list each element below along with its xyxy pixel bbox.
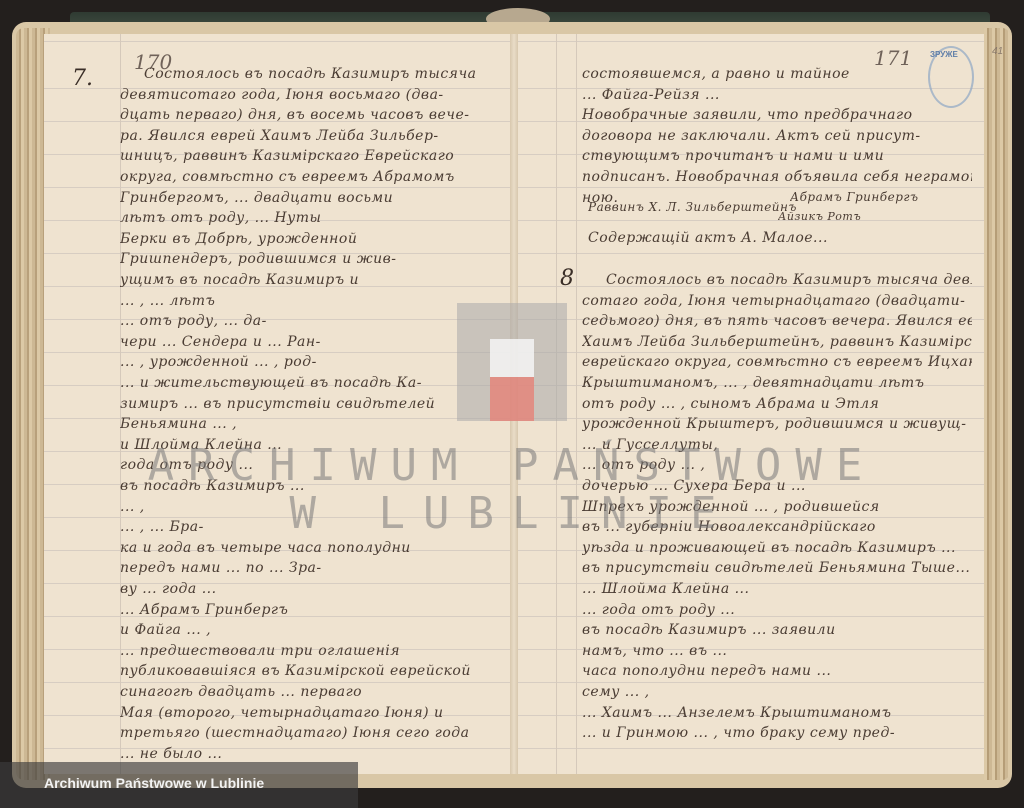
handwritten-line: Мая (второго, четырнадцатаго Іюня) и: [120, 705, 500, 721]
handwritten-line: ущимъ въ посадѣ Казимиръ и: [120, 272, 500, 288]
handwritten-line: седьмого) дня, въ пять часовъ вечера. Яв…: [582, 313, 972, 329]
handwritten-line: ка и года въ четыре часа пополудни: [120, 540, 500, 556]
handwritten-line: Гришпендеръ, родившимся и жив-: [120, 251, 500, 267]
handwritten-line: въ посадѣ Казимиръ ... заявили: [582, 622, 972, 638]
handwritten-line: состоявшемся, а равно и тайное: [582, 66, 972, 82]
handwritten-line: Гринбергомъ, ... двадцати восьми: [120, 190, 500, 206]
handwritten-line: Состоялось въ посадѣ Казимиръ тысяча: [144, 66, 500, 82]
handwritten-line: ... Шлойма Клейна ...: [582, 581, 972, 597]
handwritten-line: сему ... ,: [582, 684, 972, 700]
signature-rabbi: Раввинъ Х. Л. Зильберштейнъ: [588, 200, 797, 214]
entry-number-8: 8: [560, 266, 574, 291]
handwritten-line: публиковавшіяся въ Казимірской еврейской: [120, 663, 500, 679]
handwritten-line: синагогѣ двадцать ... перваго: [120, 684, 500, 700]
handwritten-line: въ присутствіи свидѣтелей Беньямина Тыше…: [582, 560, 972, 576]
handwritten-line: Беньямина ... ,: [120, 416, 500, 432]
handwritten-line: Состоялось въ посадѣ Казимиръ тысяча дев…: [606, 272, 972, 288]
handwritten-line: шницъ, раввинъ Казимірскаго Еврейскаго: [120, 148, 500, 164]
handwritten-line: девятисотаго года, Іюня восьмаго (два-: [120, 87, 500, 103]
handwritten-line: ствующимъ прочитанъ и нами и ими: [582, 148, 972, 164]
handwritten-line: ... и жительствующей въ посадѣ Ка-: [120, 375, 500, 391]
handwritten-line: ... Файга-Рейзя ...: [582, 87, 972, 103]
handwritten-line: Крыштиманомъ, ... , девятнадцати лѣтъ: [582, 375, 972, 391]
handwritten-line: ву ... года ...: [120, 581, 500, 597]
handwritten-line: третьяго (шестнадцатаго) Іюня сего года: [120, 725, 500, 741]
signature-groom: Абрамъ Гринбергъ: [790, 190, 918, 204]
handwritten-line: ... отъ роду, ... да-: [120, 313, 500, 329]
handwritten-line: отъ роду ... , сыномъ Абрама и Этля: [582, 396, 972, 412]
handwritten-line: ра. Явился еврей Хаимъ Лейба Зильбер-: [120, 128, 500, 144]
handwritten-line: ... года отъ роду ...: [582, 602, 972, 618]
handwritten-line: подписанъ. Новобрачная объявила себя нег…: [582, 169, 972, 185]
handwritten-line: чери ... Сендера и ... Ран-: [120, 334, 500, 350]
watermark-text-line1: ARCHIWUM PAŃSTWOWE: [0, 440, 1024, 491]
folio-number: 41: [992, 46, 1003, 57]
handwritten-line: ... и Гринмою ... , что браку сему пред-: [582, 725, 972, 741]
archive-caption: Archiwum Państwowe w Lublinie: [44, 775, 264, 791]
handwritten-line: Берки въ Добрѣ, урожденной: [120, 231, 500, 247]
handwritten-line: часа пополудни передъ нами ...: [582, 663, 972, 679]
handwritten-line: ... , ... лѣтъ: [120, 293, 500, 309]
handwritten-line: урожденной Крыштеръ, родившимся и живущ-: [582, 416, 972, 432]
watermark-logo-red: [490, 377, 534, 421]
page-edges-right: [984, 28, 1010, 780]
margin-rule: [576, 34, 577, 774]
handwritten-line: ... Абрамъ Гринбергъ: [120, 602, 500, 618]
handwritten-line: лѣтъ отъ роду, ... Нуты: [120, 210, 500, 226]
signature-witness: Айзикъ Ротъ: [778, 210, 861, 223]
handwritten-line: ... не было ...: [120, 746, 500, 762]
handwritten-line: намъ, что ... въ ...: [582, 643, 972, 659]
handwritten-line: Новобрачные заявили, что предбрачнаго: [582, 107, 972, 123]
handwritten-line: округа, совмѣстно съ евреемъ Абрамомъ: [120, 169, 500, 185]
handwritten-line: ... Хаимъ ... Анзелемъ Крыштиманомъ: [582, 705, 972, 721]
handwritten-line: еврейскаго округа, совмѣстно съ евреемъ …: [582, 354, 972, 370]
signature-registrar: Содержащій актъ А. Малое...: [588, 230, 828, 246]
watermark-text-line2: W LUBLINIE: [0, 488, 1024, 539]
handwritten-line: зимиръ ... въ присутствіи свидѣтелей: [120, 396, 500, 412]
handwritten-line: уѣзда и проживающей въ посадѣ Казимиръ .…: [582, 540, 972, 556]
handwritten-line: и Файга ... ,: [120, 622, 500, 638]
watermark-logo-white: [490, 339, 534, 377]
handwritten-line: передъ нами ... по ... Зра-: [120, 560, 500, 576]
handwritten-line: Хаимъ Лейба Зильберштейнъ, раввинъ Казим…: [582, 334, 972, 350]
handwritten-line: ... , урожденной ... , род-: [120, 354, 500, 370]
entry-number-7: 7.: [72, 66, 93, 91]
stamp-label: ЗРУЖЕ: [930, 50, 958, 59]
handwritten-line: сотаго года, Іюня четырнадцатаго (двадца…: [582, 293, 972, 309]
handwritten-line: договора не заключали. Актъ сей присут-: [582, 128, 972, 144]
handwritten-line: ... предшествовали три оглашенія: [120, 643, 500, 659]
handwritten-line: дцать перваго) дня, въ восемь часовъ веч…: [120, 107, 500, 123]
